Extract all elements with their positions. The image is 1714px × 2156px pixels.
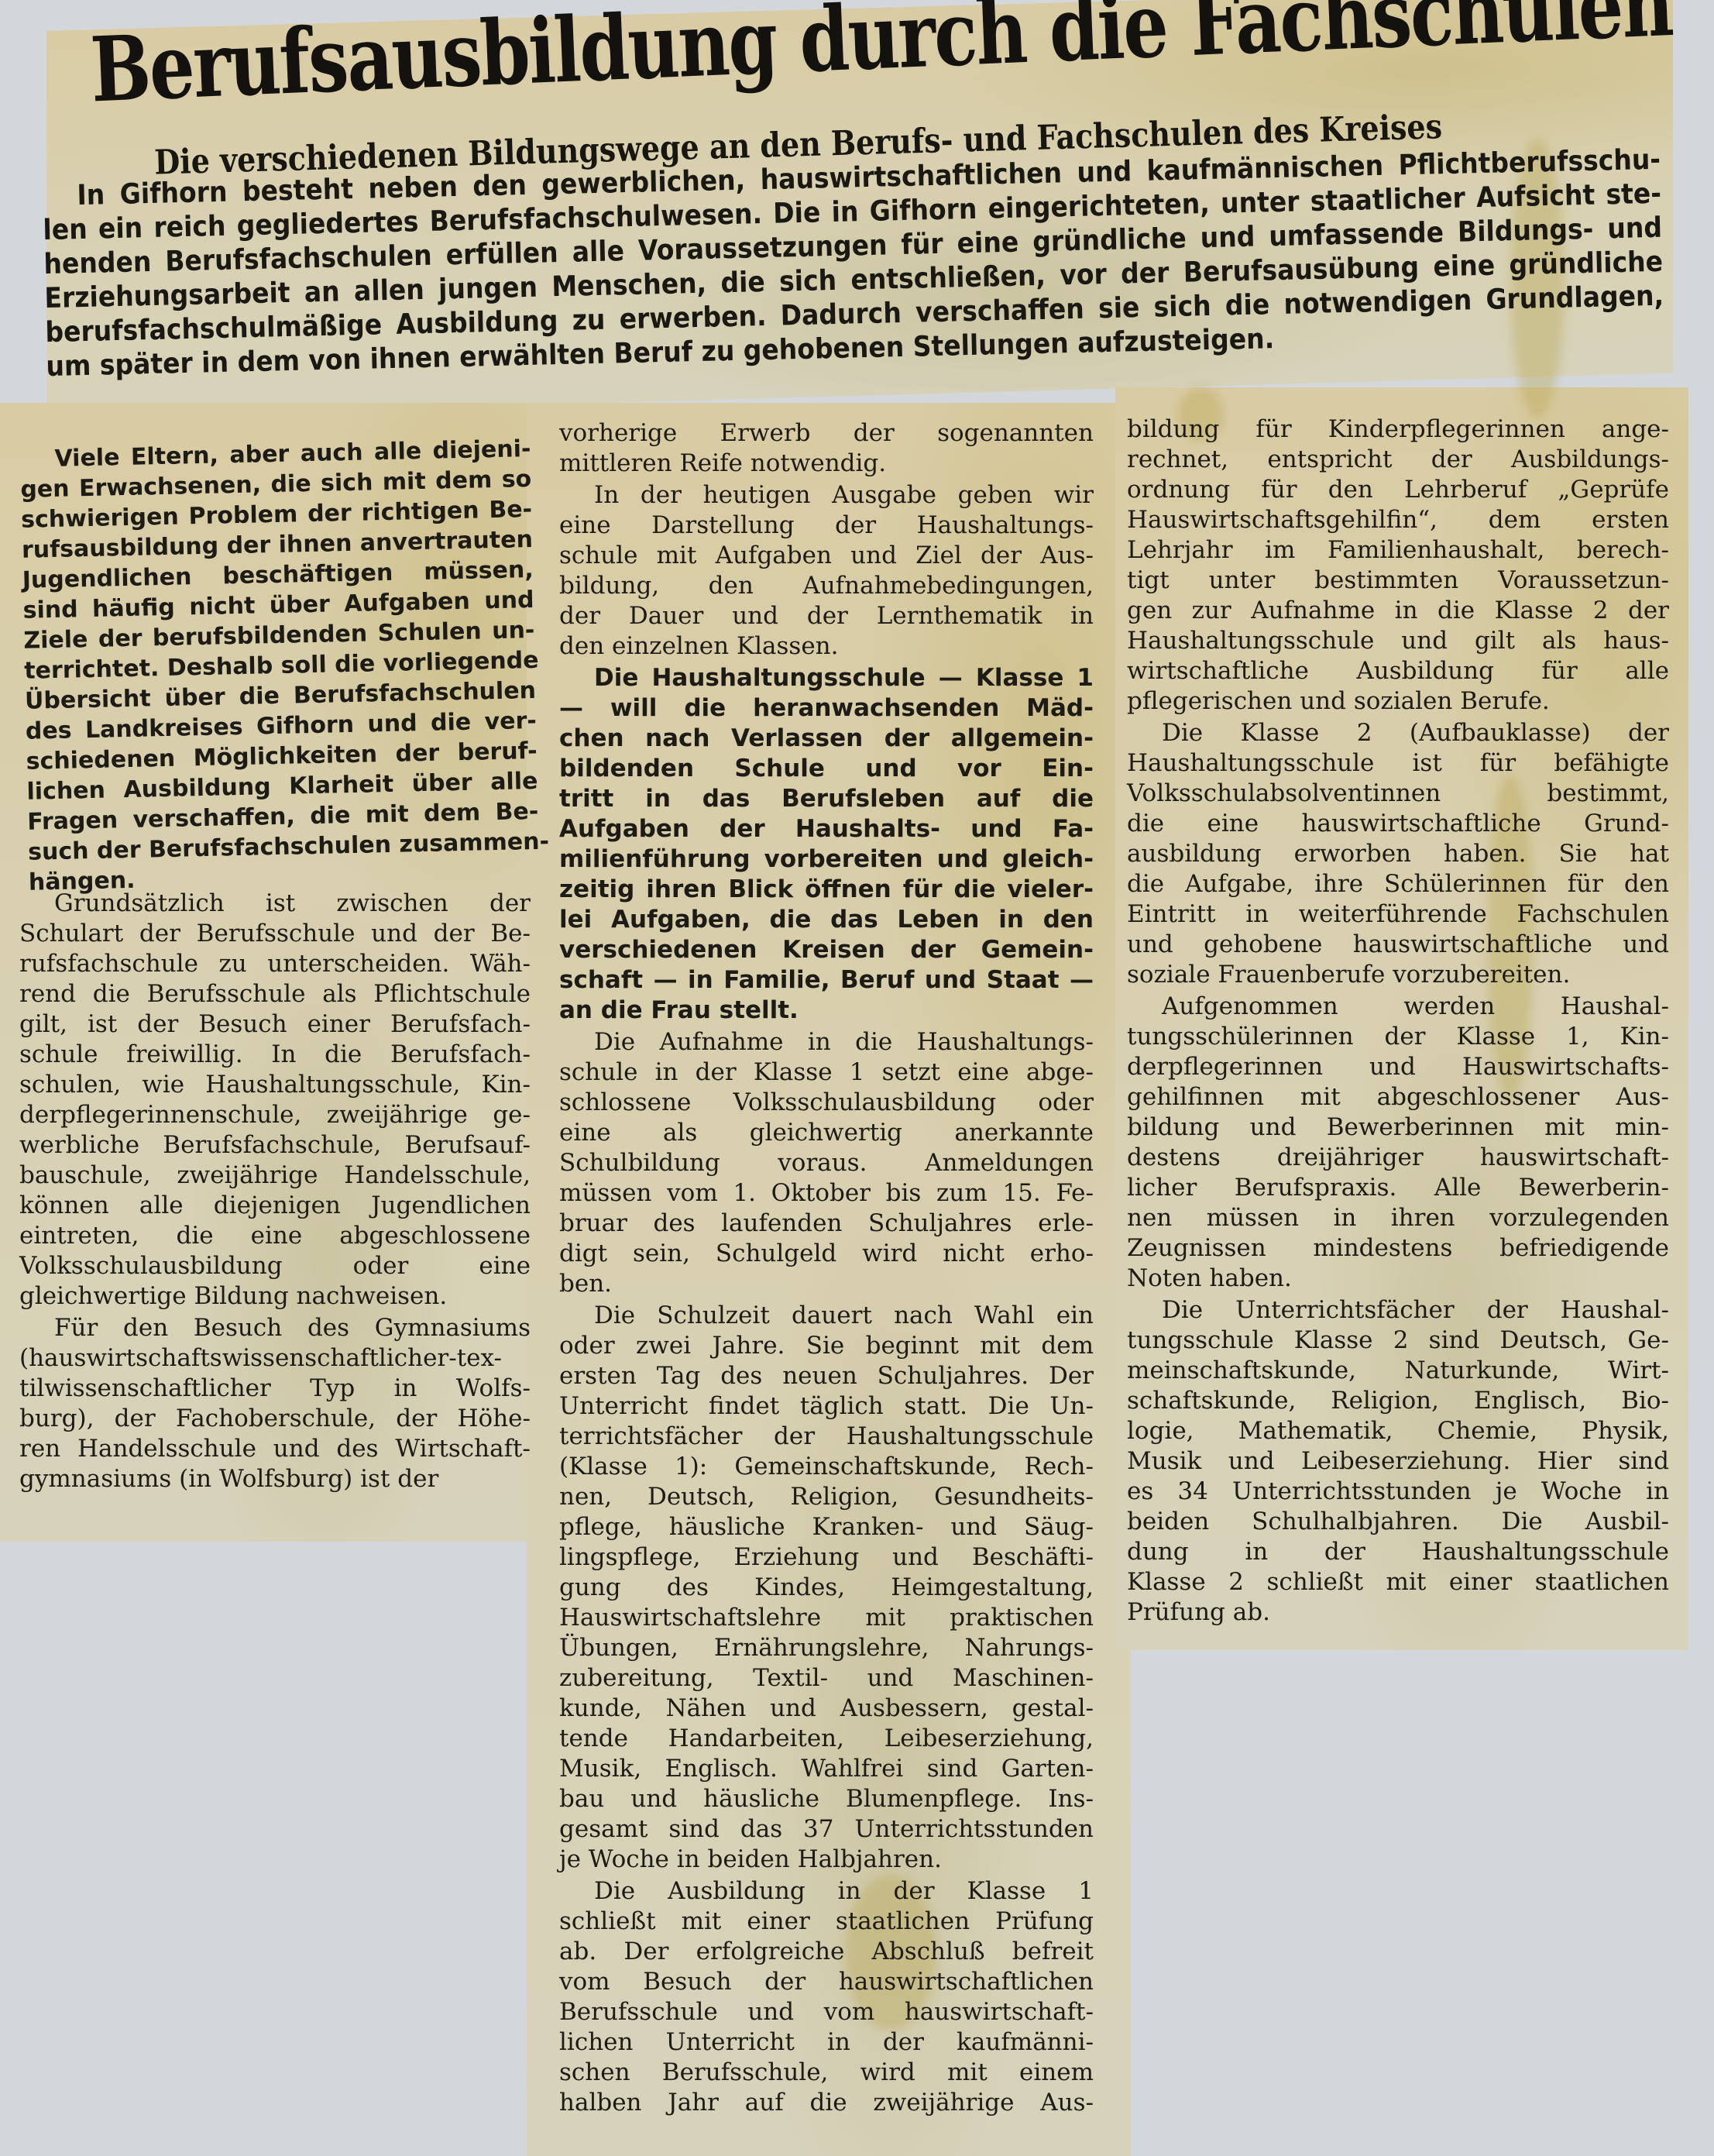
paragraph-line: bau und häusliche Blumenpflege. Ins-: [559, 1784, 1094, 1814]
article-paragraph: bildung für Kinderpflegerinnen ange-rech…: [1127, 414, 1669, 717]
paragraph-line: (hauswirtschaftswissenschaftlicher-tex-: [19, 1343, 531, 1374]
paragraph-line: chen nach Verlassen der allgemein-: [559, 724, 1094, 754]
article-paragraph: Die Haushaltungsschule — Klasse 1— will …: [559, 663, 1094, 1026]
paragraph-line: ab. Der erfolgreiche Abschluß befreit: [559, 1937, 1094, 1967]
paragraph-line: Haushaltungsschule und gilt als haus-: [1127, 626, 1669, 656]
paragraph-line: Für den Besuch des Gymnasiums: [19, 1313, 531, 1343]
paragraph-line: Die Ausbildung in der Klasse 1: [559, 1876, 1094, 1907]
paragraph-line: an die Frau stellt.: [559, 995, 1094, 1026]
paragraph-line: Volksschulausbildung oder eine: [19, 1251, 531, 1281]
paragraph-line: tende Handarbeiten, Leibeserziehung,: [559, 1724, 1094, 1754]
article-paragraph: Viele Eltern, aber auch alle diejeni-gen…: [19, 434, 540, 898]
paragraph-line: gehilfinnen mit abgeschlossener Aus-: [1127, 1082, 1669, 1112]
paragraph-line: tritt in das Berufsleben auf die: [559, 784, 1094, 814]
article-paragraph: Die Aufnahme in die Haushaltungs-schule …: [559, 1027, 1094, 1299]
paragraph-line: schule mit Aufgaben und Ziel der Aus-: [559, 541, 1094, 571]
paragraph-line: derpflegerinnenschule, zweijährige ge-: [19, 1100, 531, 1130]
paragraph-line: Noten haben.: [1127, 1264, 1669, 1294]
paragraph-line: bildung und Bewerberinnen mit min-: [1127, 1112, 1669, 1143]
paragraph-line: derpflegerinnen und Hauswirtschafts-: [1127, 1052, 1669, 1082]
article-paragraph: Die Schulzeit dauert nach Wahl einoder z…: [559, 1301, 1094, 1875]
paragraph-line: bildung für Kinderpflegerinnen ange-: [1127, 414, 1669, 445]
paragraph-line: schulen, wie Haushaltungsschule, Kin-: [19, 1070, 531, 1100]
paragraph-line: Die Klasse 2 (Aufbauklasse) der: [1127, 718, 1669, 748]
paragraph-line: Lehrjahr im Familienhaushalt, berech-: [1127, 535, 1669, 566]
paragraph-line: (Klasse 1): Gemeinschaftskunde, Rech-: [559, 1452, 1094, 1482]
paragraph-line: Die Aufnahme in die Haushaltungs-: [559, 1027, 1094, 1057]
paragraph-line: Schulart der Berufsschule und der Be-: [19, 919, 531, 949]
article-column-left: Viele Eltern, aber auch alle diejeni-gen…: [19, 434, 531, 1496]
paragraph-line: gen zur Aufnahme in die Klasse 2 der: [1127, 596, 1669, 626]
paragraph-line: gleichwertige Bildung nachweisen.: [19, 1281, 531, 1312]
paragraph-line: licher Berufspraxis. Alle Bewerberin-: [1127, 1173, 1669, 1203]
paragraph-line: vom Besuch der hauswirtschaftlichen: [559, 1967, 1094, 1997]
paragraph-line: tilwissenschaftlicher Typ in Wolfs-: [19, 1374, 531, 1404]
paragraph-line: rufsfachschule zu unterscheiden. Wäh-: [19, 949, 531, 979]
paragraph-line: gilt, ist der Besuch einer Berufsfach-: [19, 1009, 531, 1040]
paragraph-line: meinschaftskunde, Naturkunde, Wirt-: [1127, 1356, 1669, 1386]
article-paragraph: Die Ausbildung in der Klasse 1schließt m…: [559, 1876, 1094, 2118]
paragraph-line: tungsschule Klasse 2 sind Deutsch, Ge-: [1127, 1326, 1669, 1356]
paragraph-line: Aufgaben der Haushalts- und Fa-: [559, 814, 1094, 844]
paragraph-line: Eintritt in weiterführende Fachschulen: [1127, 899, 1669, 930]
paragraph-line: ren Handelsschule und des Wirtschaft-: [19, 1434, 531, 1464]
paragraph-line: Haushaltungsschule ist für befähigte: [1127, 748, 1669, 779]
paragraph-line: gesamt sind das 37 Unterrichtsstunden: [559, 1814, 1094, 1845]
paragraph-line: Übungen, Ernährungslehre, Nahrungs-: [559, 1633, 1094, 1663]
paragraph-line: je Woche in beiden Halbjahren.: [559, 1845, 1094, 1875]
paragraph-line: schule in der Klasse 1 setzt eine abge-: [559, 1057, 1094, 1088]
paragraph-line: Musik, Englisch. Wahlfrei sind Garten-: [559, 1754, 1094, 1784]
paragraph-line: ordnung für den Lehrberuf „Geprüfe: [1127, 475, 1669, 505]
paragraph-line: es 34 Unterrichtsstunden je Woche in: [1127, 1477, 1669, 1507]
paragraph-line: schlossene Volksschulausbildung oder: [559, 1088, 1094, 1118]
paragraph-line: destens dreijähriger hauswirtschaft-: [1127, 1143, 1669, 1173]
paragraph-line: — will die heranwachsenden Mäd-: [559, 693, 1094, 724]
paragraph-line: tigt unter bestimmten Voraussetzun-: [1127, 566, 1669, 596]
paragraph-line: Aufgenommen werden Haushal-: [1127, 992, 1669, 1022]
article-intro: In Gifhorn besteht neben den gewerbliche…: [42, 143, 1664, 383]
article-paragraph: Für den Besuch des Gymnasiums(hauswirtsc…: [19, 1313, 531, 1494]
paragraph-line: Unterricht findet täglich statt. Die Un-: [559, 1391, 1094, 1422]
paragraph-line: burg), der Fachoberschule, der Höhe-: [19, 1404, 531, 1434]
paragraph-line: lingspflege, Erziehung und Beschäfti-: [559, 1542, 1094, 1573]
paragraph-line: In der heutigen Ausgabe geben wir: [559, 480, 1094, 511]
paragraph-line: rechnet, entspricht der Ausbildungs-: [1127, 445, 1669, 475]
paragraph-line: Klasse 2 schließt mit einer staatlichen: [1127, 1567, 1669, 1597]
paragraph-line: milienführung vorbereiten und gleich-: [559, 844, 1094, 875]
paragraph-line: kunde, Nähen und Ausbessern, gestal-: [559, 1694, 1094, 1724]
paragraph-line: zubereitung, Textil- und Maschinen-: [559, 1663, 1094, 1694]
paragraph-line: Berufsschule und vom hauswirtschaft-: [559, 1997, 1094, 2027]
paragraph-line: eine Darstellung der Haushaltungs-: [559, 511, 1094, 541]
article-paragraph: Aufgenommen werden Haushal-tungsschüleri…: [1127, 992, 1669, 1294]
paragraph-line: ben.: [559, 1269, 1094, 1299]
paragraph-line: Die Unterrichtsfächer der Haushal-: [1127, 1295, 1669, 1326]
paragraph-line: Prüfung ab.: [1127, 1597, 1669, 1628]
paragraph-line: den einzelnen Klassen.: [559, 631, 1094, 662]
paragraph-line: verschiedenen Kreisen der Gemein-: [559, 935, 1094, 965]
paragraph-line: eintreten, die eine abgeschlossene: [19, 1221, 531, 1251]
paragraph-line: rend die Berufsschule als Pflichtschule: [19, 979, 531, 1009]
article-paragraph: Die Klasse 2 (Aufbauklasse) derHaushaltu…: [1127, 718, 1669, 990]
paragraph-line: schen Berufsschule, wird mit einem: [559, 2058, 1094, 2088]
paragraph-line: wirtschaftliche Ausbildung für alle: [1127, 656, 1669, 686]
paragraph-line: nen, Deutsch, Religion, Gesundheits-: [559, 1482, 1094, 1512]
paragraph-line: soziale Frauenberufe vorzubereiten.: [1127, 960, 1669, 990]
paragraph-line: pflegerischen und sozialen Berufe.: [1127, 686, 1669, 717]
paragraph-line: dung in der Haushaltungsschule: [1127, 1537, 1669, 1567]
paragraph-line: werbliche Berufsfachschule, Berufsauf-: [19, 1130, 531, 1161]
article-paragraph: Grundsätzlich ist zwischen derSchulart d…: [19, 889, 531, 1312]
paragraph-line: zeitig ihren Blick öffnen für die vieler…: [559, 875, 1094, 905]
paragraph-line: mittleren Reife notwendig.: [559, 449, 1094, 479]
paragraph-line: bildenden Schule und vor Ein-: [559, 754, 1094, 784]
paragraph-line: oder zwei Jahre. Sie beginnt mit dem: [559, 1331, 1094, 1361]
paragraph-line: Musik und Leibeserziehung. Hier sind: [1127, 1446, 1669, 1477]
paragraph-line: müssen vom 1. Oktober bis zum 15. Fe-: [559, 1178, 1094, 1209]
paragraph-line: gymnasiums (in Wolfsburg) ist der: [19, 1464, 531, 1494]
paragraph-line: Die Haushaltungsschule — Klasse 1: [559, 663, 1094, 693]
paragraph-line: gung des Kindes, Heimgestaltung,: [559, 1573, 1094, 1603]
paragraph-line: schule freiwillig. In die Berufsfach-: [19, 1040, 531, 1070]
paragraph-line: bildung, den Aufnahmebedingungen,: [559, 571, 1094, 601]
paragraph-line: beiden Schulhalbjahren. Die Ausbil-: [1127, 1507, 1669, 1537]
paragraph-line: der Dauer und der Lernthematik in: [559, 601, 1094, 631]
article-paragraph: Die Unterrichtsfächer der Haushal-tungss…: [1127, 1295, 1669, 1628]
paragraph-line: vorherige Erwerb der sogenannten: [559, 418, 1094, 449]
paragraph-line: halben Jahr auf die zweijährige Aus-: [559, 2088, 1094, 2118]
paragraph-line: logie, Mathematik, Chemie, Physik,: [1127, 1416, 1669, 1446]
paragraph-line: können alle diejenigen Jugendlichen: [19, 1191, 531, 1221]
paragraph-line: schließt mit einer staatlichen Prüfung: [559, 1907, 1094, 1937]
paragraph-line: bruar des laufenden Schuljahres erle-: [559, 1209, 1094, 1239]
paragraph-line: die eine hauswirtschaftliche Grund-: [1127, 809, 1669, 839]
paragraph-line: terrichtsfächer der Haushaltungsschule: [559, 1422, 1094, 1452]
article-column-middle: vorherige Erwerb der sogenanntenmittlere…: [559, 418, 1094, 2120]
paragraph-line: Hauswirtschaftsgehilfin“, dem ersten: [1127, 505, 1669, 535]
paragraph-line: die Aufgabe, ihre Schülerinnen für den: [1127, 869, 1669, 899]
paragraph-line: Hauswirtschaftslehre mit praktischen: [559, 1603, 1094, 1633]
paragraph-line: bauschule, zweijährige Handelsschule,: [19, 1161, 531, 1191]
paragraph-line: schaft — in Familie, Beruf und Staat —: [559, 965, 1094, 995]
paragraph-line: lei Aufgaben, die das Leben in den: [559, 905, 1094, 935]
paragraph-line: lichen Unterricht in der kaufmänni-: [559, 2027, 1094, 2058]
paragraph-line: Die Schulzeit dauert nach Wahl ein: [559, 1301, 1094, 1331]
paragraph-line: und gehobene hauswirtschaftliche und: [1127, 930, 1669, 960]
paragraph-line: eine als gleichwertig anerkannte: [559, 1118, 1094, 1148]
paragraph-line: Volksschulabsolventinnen bestimmt,: [1127, 779, 1669, 809]
paragraph-line: nen müssen in ihren vorzulegenden: [1127, 1203, 1669, 1233]
paragraph-line: Zeugnissen mindestens befriedigende: [1127, 1233, 1669, 1264]
paragraph-line: ersten Tag des neuen Schuljahres. Der: [559, 1361, 1094, 1391]
paragraph-line: tungsschülerinnen der Klasse 1, Kin-: [1127, 1022, 1669, 1052]
article-paragraph: vorherige Erwerb der sogenanntenmittlere…: [559, 418, 1094, 479]
paragraph-line: Schulbildung voraus. Anmeldungen: [559, 1148, 1094, 1178]
paragraph-line: schaftskunde, Religion, Englisch, Bio-: [1127, 1386, 1669, 1416]
article-paragraph: In der heutigen Ausgabe geben wireine Da…: [559, 480, 1094, 662]
article-column-right: bildung für Kinderpflegerinnen ange-rech…: [1127, 414, 1669, 1629]
paragraph-line: digt sein, Schulgeld wird nicht erho-: [559, 1239, 1094, 1269]
paragraph-line: pflege, häusliche Kranken- und Säug-: [559, 1512, 1094, 1542]
paragraph-line: ausbildung erworben haben. Sie hat: [1127, 839, 1669, 869]
